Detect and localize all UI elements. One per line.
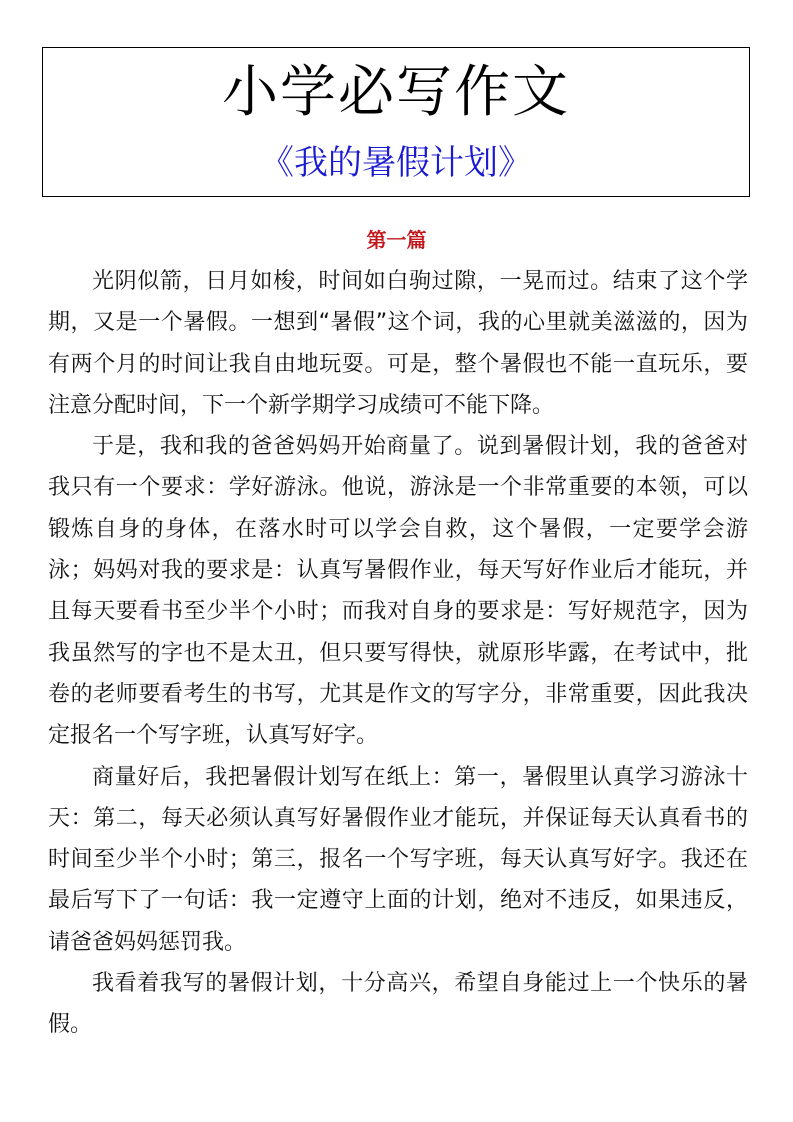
paragraph-2: 于是，我和我的爸爸妈妈开始商量了。说到暑假计划，我的爸爸对我只有一个要求：学好游… bbox=[48, 426, 748, 756]
essay-body: 光阴似箭，日月如梭，时间如白驹过隙，一晃而过。结束了这个学期，又是一个暑假。一想… bbox=[48, 261, 748, 1046]
title-box: 小学必写作文 《我的暑假计划》 bbox=[42, 47, 750, 197]
paragraph-1: 光阴似箭，日月如梭，时间如白驹过隙，一晃而过。结束了这个学期，又是一个暑假。一想… bbox=[48, 261, 748, 426]
paragraph-4: 我看着我写的暑假计划，十分高兴，希望自身能过上一个快乐的暑假。 bbox=[48, 963, 748, 1046]
section-heading: 第一篇 bbox=[0, 226, 793, 254]
essay-subtitle: 《我的暑假计划》 bbox=[43, 140, 749, 186]
main-title: 小学必写作文 bbox=[43, 58, 749, 128]
paragraph-3: 商量好后，我把暑假计划写在纸上：第一，暑假里认真学习游泳十天：第二，每天必须认真… bbox=[48, 757, 748, 963]
